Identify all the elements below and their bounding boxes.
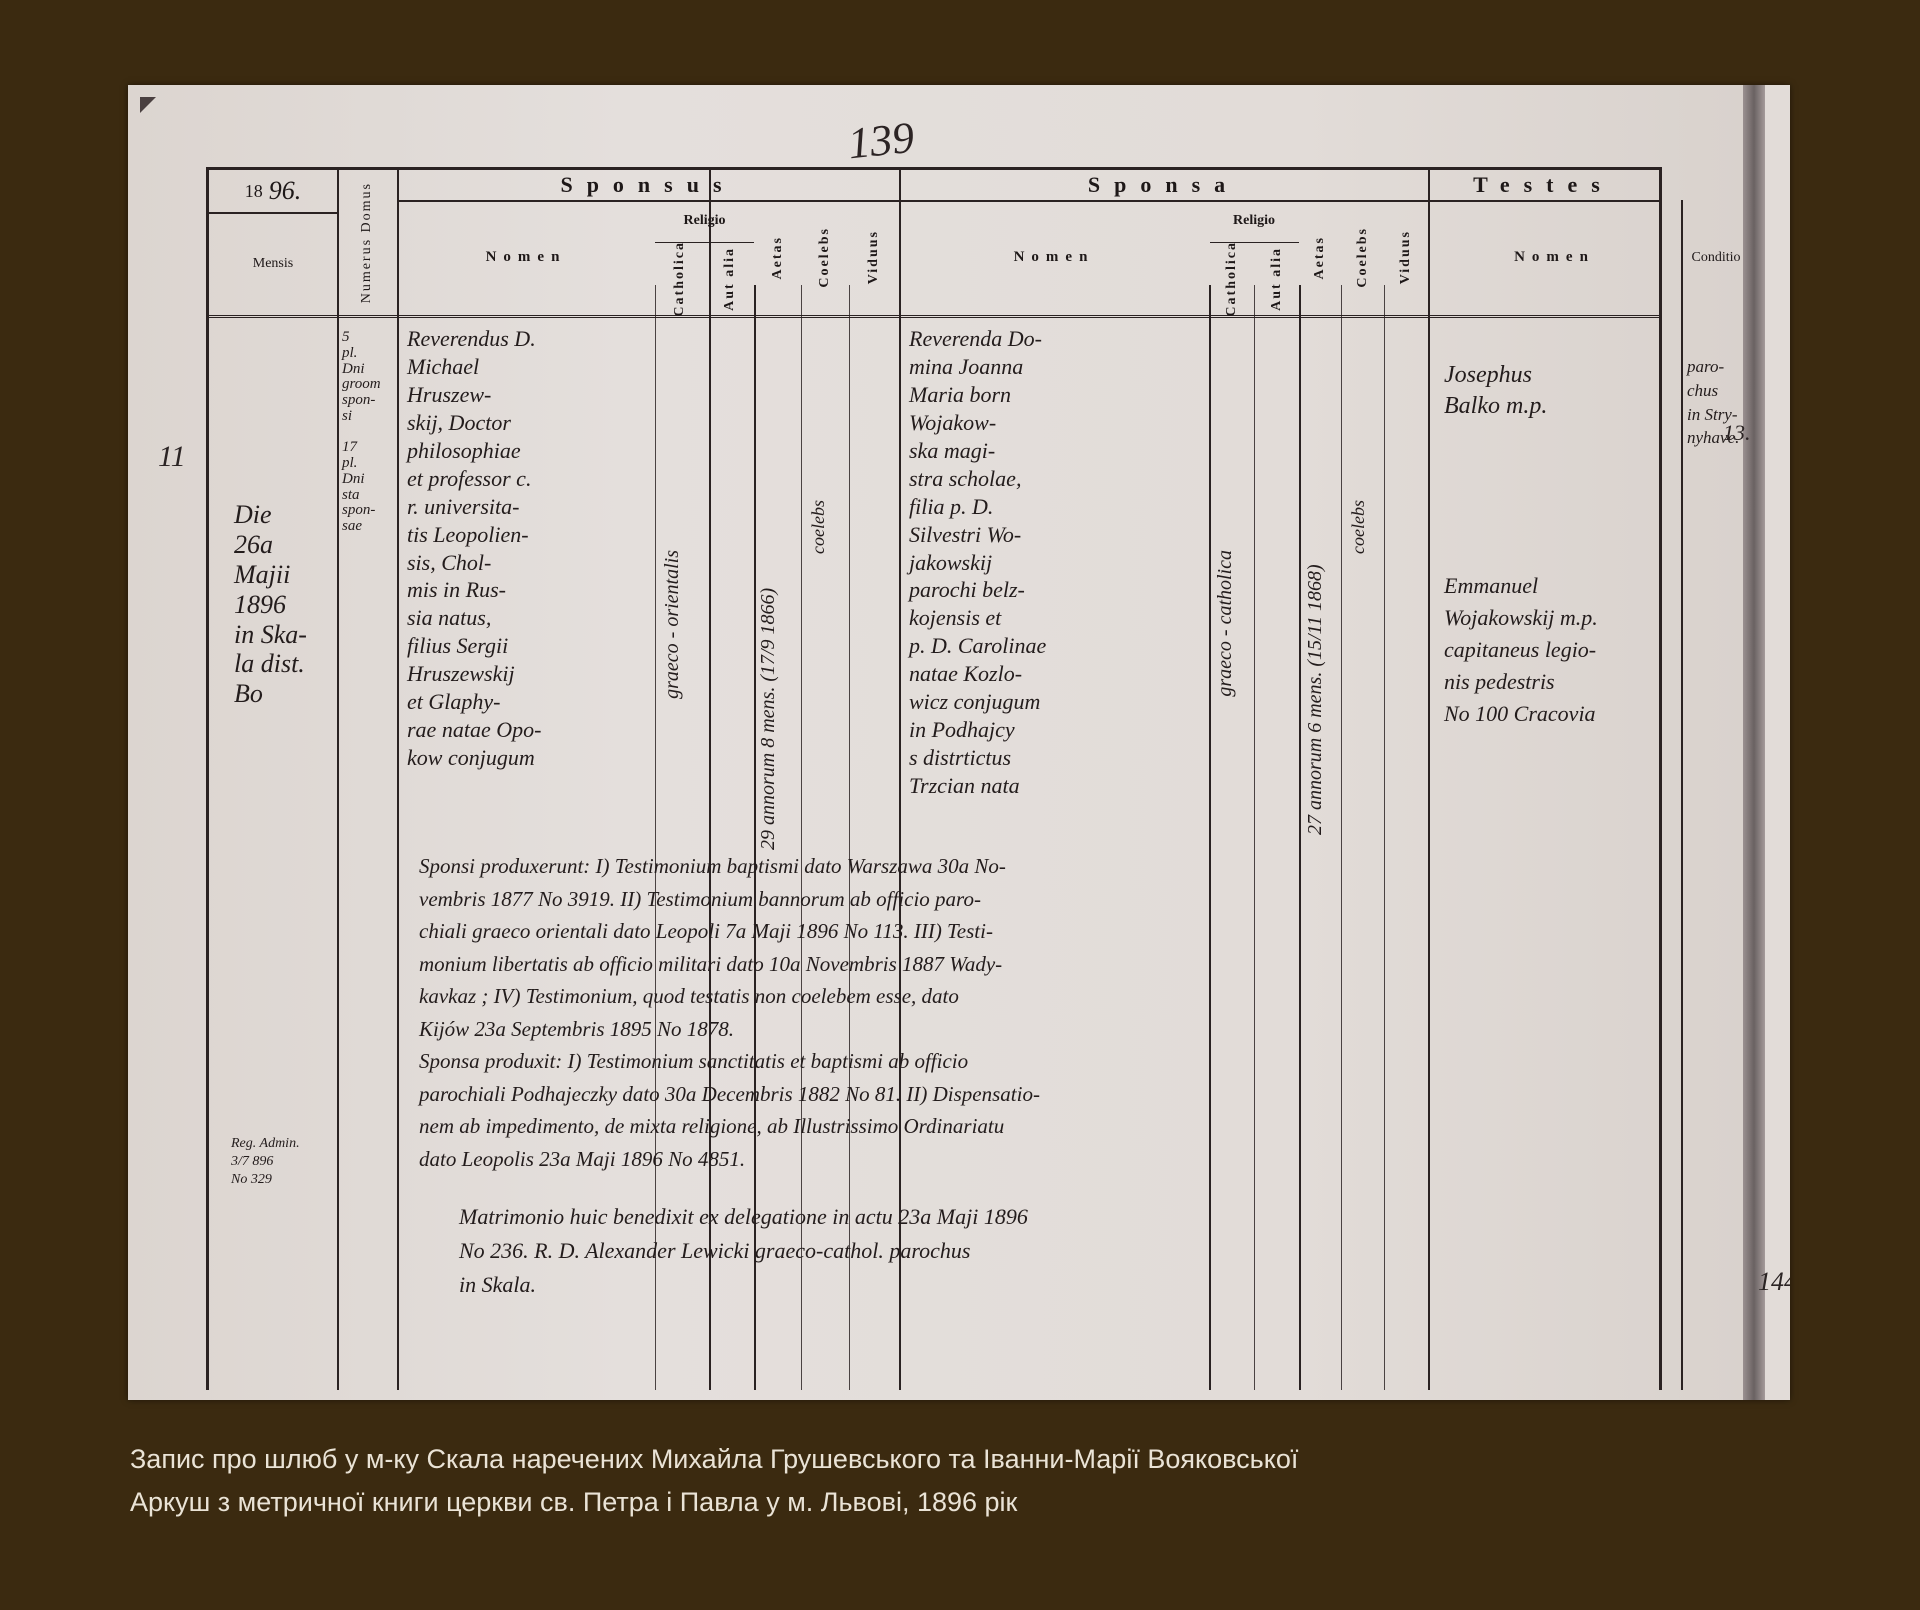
sponsa-name: Reverenda Do- mina Joanna Maria born Woj… (909, 325, 1209, 800)
entry-number: 11 (158, 440, 186, 474)
sponsus-religio: graeco - orientalis (661, 550, 683, 699)
corner-mark (140, 97, 156, 113)
right-margin-number-bottom: 144 (1758, 1267, 1790, 1297)
caption-line-2: Аркуш з метричної книги церкви св. Петра… (130, 1481, 1298, 1524)
page-number: 139 (846, 112, 917, 170)
year-cell: 18 96. (209, 170, 337, 212)
header-testes: Testes (1428, 170, 1659, 200)
archival-document-photo: 139 11 18 96. Mensis Numerus Domus (128, 85, 1790, 1400)
header-sponsus-religio: Religio (655, 200, 754, 242)
right-margin-number-top: 13. (1723, 420, 1751, 446)
header-testes-nomen: Nomen (1428, 200, 1681, 315)
header-sponsa-nomen: Nomen (899, 200, 1209, 315)
sponsus-name: Reverendus D. Michael Hruszew- skij, Doc… (407, 325, 657, 772)
header-sponsus: Sponsus (397, 170, 899, 200)
header-sponsa: Sponsa (899, 170, 1428, 200)
sponsa-coelebs: coelebs (1349, 500, 1369, 554)
register-table: 18 96. Mensis Numerus Domus Sponsus Nome… (206, 167, 1662, 1390)
header-conditio: Conditio (1681, 200, 1751, 315)
header-sponsus-nomen: Nomen (397, 200, 655, 315)
sponsa-religio: graeco - catholica (1214, 550, 1236, 697)
header-sponsa-religio: Religio (1209, 200, 1299, 242)
entry-house-number: 5 pl. Dni groom spon- si 17 pl. Dni sta … (342, 330, 397, 535)
header-numerus-domus: Numerus Domus (337, 170, 397, 315)
sponsus-aetas: 29 annorum 8 mens. (17/9 1866) (757, 370, 779, 850)
caption: Запис про шлюб у м-ку Скала наречених Ми… (130, 1438, 1298, 1524)
header-mensis: Mensis (209, 214, 337, 314)
entry-date: Die 26a Majii 1896 in Ska- la dist. Bo (234, 500, 334, 709)
registration-margin-note: Reg. Admin. 3/7 896 No 329 (231, 1135, 331, 1190)
sponsa-aetas: 27 annorum 6 mens. (15/11 1868) (1304, 365, 1326, 835)
facing-page-edge (1765, 85, 1790, 1400)
caption-line-1: Запис про шлюб у м-ку Скала наречених Ми… (130, 1438, 1298, 1481)
book-spine (1743, 85, 1765, 1400)
sponsus-coelebs: coelebs (809, 500, 829, 554)
witness-2-name: Emmanuel Wojakowskij m.p. capitaneus leg… (1444, 570, 1754, 729)
documents-produced: Sponsi produxerunt: I) Testimonium bapti… (419, 850, 1669, 1175)
witness-1-name: Josephus Balko m.p. (1444, 360, 1684, 422)
celebration-note: Matrimonio huic benedixit ex delegatione… (459, 1200, 1659, 1302)
